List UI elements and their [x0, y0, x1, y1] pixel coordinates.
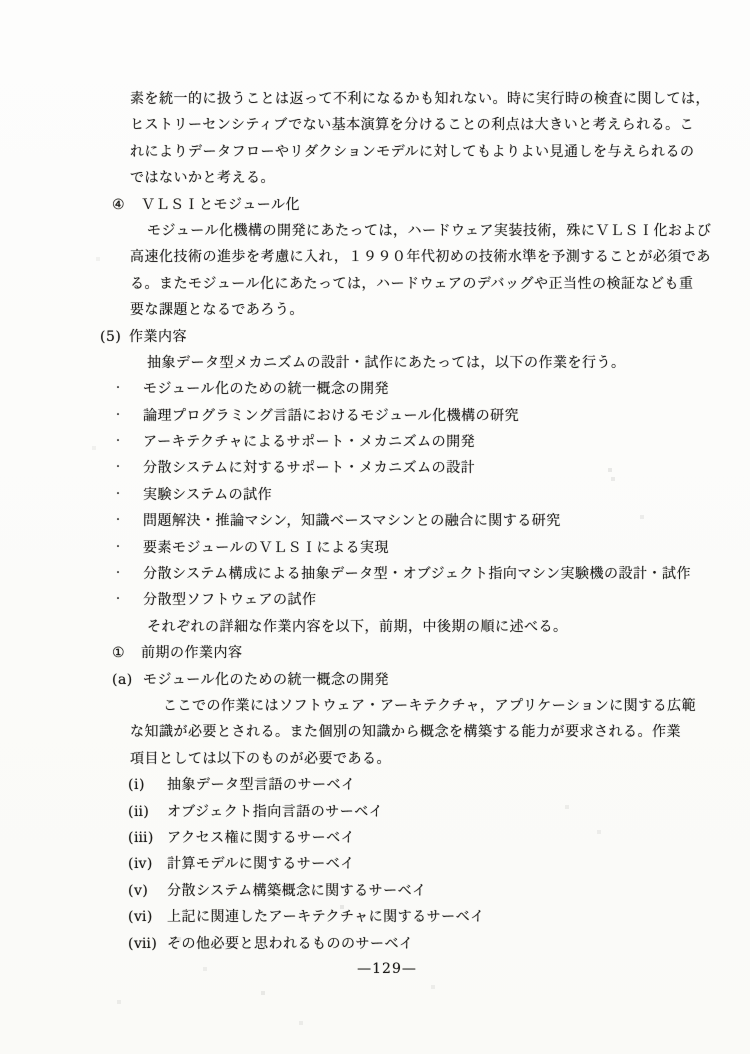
text-line: 高速化技術の進歩を考慮に入れ，１９９０年代初めの技術水準を予測することが必須であ: [130, 244, 750, 270]
text-line: 抽象データ型メカニズムの設計・試作にあたっては，以下の作業を行う。: [147, 350, 750, 376]
bullet-icon: ・: [113, 508, 143, 534]
text-line: ①前期の作業内容: [112, 640, 750, 666]
roman-numeral-marker: (ⅰ): [128, 772, 167, 798]
bullet-icon: ・: [113, 482, 143, 508]
roman-numeral-marker: (ⅳ): [128, 851, 167, 877]
text-line: (ⅱ)オブジェクト指向言語のサーベイ: [128, 799, 750, 825]
line-text: 分散システム構築概念に関するサーベイ: [167, 883, 427, 899]
text-line: ・要素モジュールのＶＬＳＩによる実現: [113, 535, 750, 561]
roman-numeral-marker: (ⅱ): [128, 799, 167, 825]
text-line: (ⅴ)分散システム構築概念に関するサーベイ: [128, 878, 750, 904]
text-line: (a)モジュール化のための統一概念の開発: [112, 667, 750, 693]
line-text: 分散システム構成による抽象データ型・オブジェクト指向マシン実験機の設計・試作: [143, 566, 691, 582]
line-text: モジュール化のための統一概念の開発: [143, 672, 389, 688]
line-text: 抽象データ型メカニズムの設計・試作にあたっては，以下の作業を行う。: [147, 355, 626, 371]
line-text: る。またモジュール化にあたっては，ハードウェアのデバッグや正当性の検証なども重: [130, 276, 694, 292]
line-text: アーキテクチャによるサポート・メカニズムの開発: [143, 434, 475, 450]
line-text: 素を統一的に扱うことは返って不利になるかも知れない。時に実行時の検査に関しては，: [130, 91, 710, 107]
bullet-icon: ・: [113, 587, 143, 613]
line-text: それぞれの詳細な作業内容を以下，前期，中後期の順に述べる。: [147, 619, 568, 635]
line-text: 抽象データ型言語のサーベイ: [167, 777, 356, 793]
text-line: (ⅲ)アクセス権に関するサーベイ: [128, 825, 750, 851]
line-text: 上記に関連したアーキテクチャに関するサーベイ: [167, 909, 485, 925]
roman-numeral-marker: (ⅶ): [128, 931, 167, 957]
document-text-block: 素を統一的に扱うことは返って不利になるかも知れない。時に実行時の検査に関しては，…: [0, 86, 750, 957]
bullet-icon: ・: [113, 376, 143, 402]
line-text: ヒストリーセンシティブでない基本演算を分けることの利点は大きいと考えられる。こ: [130, 117, 694, 133]
text-line: ・論理プログラミング言語におけるモジュール化機構の研究: [113, 403, 750, 429]
text-line: ・実験システムの試作: [113, 482, 750, 508]
line-text: れによりデータフローやリダクションモデルに対してもよりよい見通しを与えられるの: [130, 144, 695, 160]
line-text: ＶＬＳＩとモジュール化: [141, 197, 300, 213]
text-line: 要な課題となるであろう。: [130, 297, 750, 323]
text-line: ・問題解決・推論マシン，知識ベースマシンとの融合に関する研究: [113, 508, 750, 534]
text-line: (ⅵ)上記に関連したアーキテクチャに関するサーベイ: [128, 904, 750, 930]
bullet-icon: ・: [113, 535, 143, 561]
line-text: 高速化技術の進歩を考慮に入れ，１９９０年代初めの技術水準を予測することが必須であ: [130, 249, 711, 265]
text-line: ここでの作業にはソフトウェア・アーキテクチャ，アプリケーションに関する広範: [163, 693, 750, 719]
line-text: 計算モデルに関するサーベイ: [167, 856, 355, 872]
text-line: 項目としては以下のものが必要である。: [130, 746, 750, 772]
line-text: モジュール化のための統一概念の開発: [143, 381, 389, 397]
text-line: (ⅰ)抽象データ型言語のサーベイ: [128, 772, 750, 798]
text-line: ・モジュール化のための統一概念の開発: [113, 376, 750, 402]
circled-number-marker: ①: [112, 640, 141, 666]
text-line: モジュール化機構の開発にあたっては，ハードウェア実装技術，殊にＶＬＳＩ化および: [147, 218, 750, 244]
line-text: 要素モジュールのＶＬＳＩによる実現: [143, 540, 389, 556]
text-line: ヒストリーセンシティブでない基本演算を分けることの利点は大きいと考えられる。こ: [130, 112, 750, 138]
line-text: 前期の作業内容: [141, 645, 243, 661]
line-text: 分散システムに対するサポート・メカニズムの設計: [143, 460, 475, 476]
scanned-document-page: 素を統一的に扱うことは返って不利になるかも知れない。時に実行時の検査に関しては，…: [0, 0, 750, 1054]
line-text: 要な課題となるであろう。: [130, 302, 304, 318]
line-text: 実験システムの試作: [143, 487, 272, 503]
letter-item-marker: (a): [112, 667, 143, 693]
line-text: 問題解決・推論マシン，知識ベースマシンとの融合に関する研究: [143, 513, 561, 529]
bullet-icon: ・: [113, 455, 143, 481]
line-text: オブジェクト指向言語のサーベイ: [167, 804, 383, 820]
line-text: 論理プログラミング言語におけるモジュール化機構の研究: [143, 408, 519, 424]
bullet-icon: ・: [113, 561, 143, 587]
line-text: な知識が必要とされる。また個別の知識から概念を構築する能力が要求される。作業: [130, 724, 681, 740]
text-line: ・アーキテクチャによるサポート・メカニズムの開発: [113, 429, 750, 455]
line-text: モジュール化機構の開発にあたっては，ハードウェア実装技術，殊にＶＬＳＩ化および: [147, 223, 711, 239]
circled-number-marker: ④: [112, 192, 141, 218]
text-line: ・分散型ソフトウェアの試作: [113, 587, 750, 613]
text-line: 素を統一的に扱うことは返って不利になるかも知れない。時に実行時の検査に関しては，: [130, 86, 750, 112]
line-text: 分散型ソフトウェアの試作: [143, 592, 316, 608]
text-line: それぞれの詳細な作業内容を以下，前期，中後期の順に述べる。: [147, 614, 750, 640]
text-line: る。またモジュール化にあたっては，ハードウェアのデバッグや正当性の検証なども重: [130, 271, 750, 297]
section-number-marker: (5): [100, 324, 129, 350]
roman-numeral-marker: (ⅴ): [128, 878, 167, 904]
scan-noise-speckles: [0, 0, 2, 2]
line-text: ではないかと考える。: [130, 170, 275, 186]
page-number: —129—: [0, 961, 750, 977]
line-text: アクセス権に関するサーベイ: [167, 830, 355, 846]
text-line: ④ＶＬＳＩとモジュール化: [112, 192, 750, 218]
line-text: その他必要と思われるもののサーベイ: [167, 936, 414, 952]
text-line: な知識が必要とされる。また個別の知識から概念を構築する能力が要求される。作業: [130, 719, 750, 745]
roman-numeral-marker: (ⅲ): [128, 825, 167, 851]
text-line: ・分散システムに対するサポート・メカニズムの設計: [113, 455, 750, 481]
bullet-icon: ・: [113, 403, 143, 429]
roman-numeral-marker: (ⅵ): [128, 904, 167, 930]
text-line: れによりデータフローやリダクションモデルに対してもよりよい見通しを与えられるの: [130, 139, 750, 165]
line-text: 項目としては以下のものが必要である。: [130, 751, 391, 767]
text-line: (ⅶ)その他必要と思われるもののサーベイ: [128, 931, 750, 957]
text-line: ではないかと考える。: [130, 165, 750, 191]
text-line: ・分散システム構成による抽象データ型・オブジェクト指向マシン実験機の設計・試作: [113, 561, 750, 587]
text-line: (5)作業内容: [100, 324, 750, 350]
bullet-icon: ・: [113, 429, 143, 455]
text-line: (ⅳ)計算モデルに関するサーベイ: [128, 851, 750, 877]
line-text: ここでの作業にはソフトウェア・アーキテクチャ，アプリケーションに関する広範: [163, 698, 696, 714]
line-text: 作業内容: [129, 329, 187, 345]
